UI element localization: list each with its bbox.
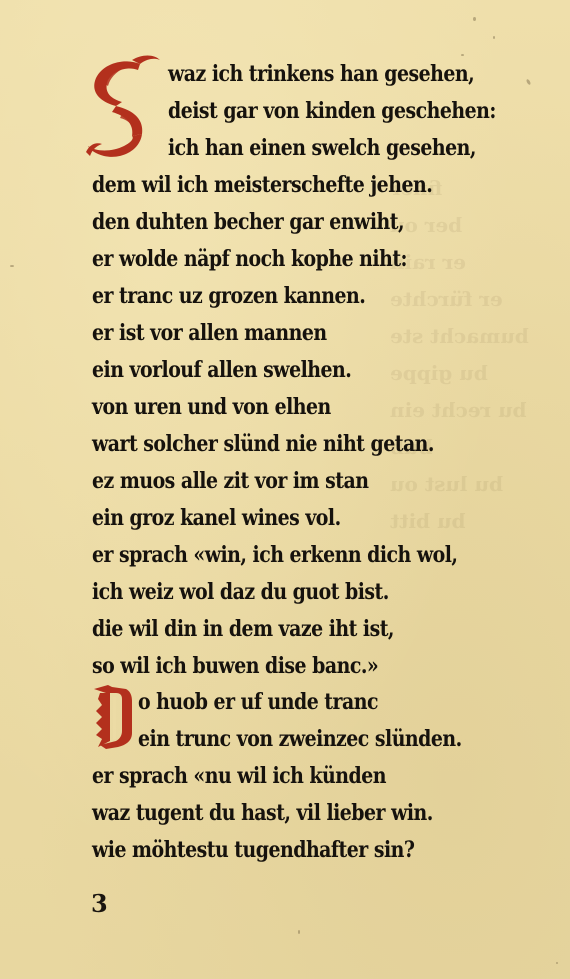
verse-line: er sprach «win, ich erkenn dich wol, <box>92 542 457 568</box>
showthrough-line: bu lust ou <box>390 466 560 503</box>
paper-speck <box>526 79 532 86</box>
verse-line: deist gar von kinden geschehen: <box>168 98 496 124</box>
verse-line: ich weiz wol daz du guot bist. <box>92 579 389 605</box>
verse-line: die wil din in dem vaze iht ist, <box>92 616 394 642</box>
verse-line: so wil ich buwen dise banc.» <box>92 653 378 679</box>
verse-line: dem wil ich meisterschefte jehen. <box>92 172 432 198</box>
verse-line: er tranc uz grozen kannen. <box>92 283 365 309</box>
paper-speck <box>461 54 464 56</box>
verse-line: waz tugent du hast, vil lieber win. <box>92 800 433 826</box>
verse-line: ich han einen swelch gesehen, <box>168 135 476 161</box>
showthrough-line: bumacht ste <box>390 318 560 355</box>
paper-speck <box>298 930 300 934</box>
reverse-page-showthrough: finer ber ou er rain er fürchte bumacht … <box>390 170 560 540</box>
verse-line: waz ich trinkens han gesehen, <box>168 61 474 87</box>
showthrough-line: ber ou <box>390 207 560 244</box>
showthrough-line: bu gippe <box>390 355 560 392</box>
book-page: finer ber ou er rain er fürchte bumacht … <box>0 0 570 979</box>
paper-speck <box>493 36 495 39</box>
verse-line: er wolde näpf noch kophe niht: <box>92 246 407 272</box>
paper-speck <box>556 962 558 964</box>
showthrough-line: er fürchte <box>390 281 560 318</box>
showthrough-line: bu bitt <box>390 503 560 540</box>
verse-line: wie möhtestu tugendhafter sin? <box>92 837 414 863</box>
showthrough-line: bu recht ein <box>390 392 560 429</box>
dropcap-d-ornament: D <box>86 683 136 751</box>
showthrough-line: er rain <box>390 244 560 281</box>
verse-line: er ist vor allen mannen <box>92 320 327 346</box>
verse-line: er sprach «nu wil ich künden <box>92 763 386 789</box>
page-number: 3 <box>91 889 108 918</box>
verse-line: o huob er uf unde tranc <box>138 689 378 715</box>
paper-speck <box>10 265 14 267</box>
paper-speck <box>473 17 476 21</box>
verse-line: von uren und von elhen <box>92 394 331 420</box>
verse-line: ez muos alle zit vor im stan <box>92 468 368 494</box>
verse-line: wart solcher slünd nie niht getan. <box>92 431 434 457</box>
dropcap-s-ornament: S <box>82 52 162 164</box>
verse-line: ein trunc von zweinzec slünden. <box>138 726 462 752</box>
verse-line: den duhten becher gar enwiht, <box>92 209 404 235</box>
verse-line: ein vorlouf allen swelhen. <box>92 357 351 383</box>
verse-line: ein groz kanel wines vol. <box>92 505 341 531</box>
